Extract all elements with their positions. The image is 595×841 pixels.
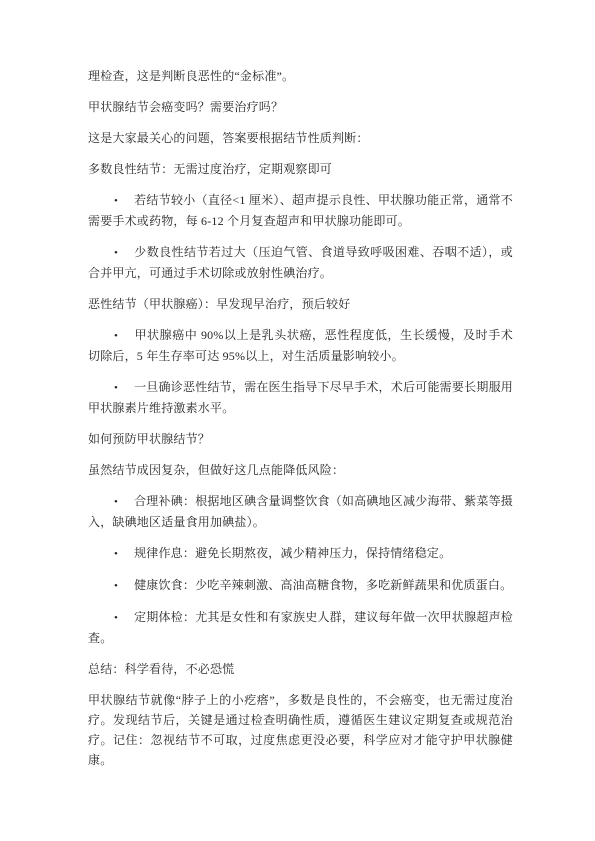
bullet-icon: • xyxy=(114,612,134,624)
paragraph-answer-depends: 这是大家最关心的问题，答案要根据结节性质判断： xyxy=(88,128,513,148)
bullet-icon: • xyxy=(114,382,134,394)
bullet-icon: • xyxy=(114,496,134,508)
heading-malignant-nodules: 恶性结节（甲状腺癌）：早发现早治疗，预后较好 xyxy=(88,294,513,314)
paragraph-risk-reduction-intro: 虽然结节成因复杂，但做好这几点能降低风险： xyxy=(88,460,513,480)
document-page: 理检查，这是判断良恶性的“金标准”。 甲状腺结节会癌变吗？需要治疗吗？ 这是大家… xyxy=(0,0,595,841)
bullet-small-nodule-followup: •若结节较小（直径<1 厘米）、超声提示良性、甲状腺功能正常，通常不需要手术或药… xyxy=(88,190,513,231)
bullet-regular-checkup: •定期体检：尤其是女性和有家族史人群，建议每年做一次甲状腺超声检查。 xyxy=(88,607,513,648)
bullet-large-nodule-treatment: •少数良性结节若过大（压迫气管、食道导致呼吸困难、吞咽不适），或合并甲亢，可通过… xyxy=(88,242,513,283)
heading-prevention: 如何预防甲状腺结节？ xyxy=(88,429,513,449)
bullet-text: 少数良性结节若过大（压迫气管、食道导致呼吸困难、吞咽不适），或合并甲亢，可通过手… xyxy=(88,245,513,280)
bullet-text: 合理补碘：根据地区碘含量调整饮食（如高碘地区减少海带、紫菜等摄入，缺碘地区适量食… xyxy=(88,494,513,529)
bullet-icon: • xyxy=(114,247,134,259)
bullet-icon: • xyxy=(114,330,134,342)
heading-cancer-question: 甲状腺结节会癌变吗？需要治疗吗？ xyxy=(88,97,513,117)
bullet-text: 一旦确诊恶性结节，需在医生指导下尽早手术，术后可能需要长期服用甲状腺素片维持激素… xyxy=(88,380,513,415)
bullet-icon: • xyxy=(114,580,134,592)
heading-benign-nodules: 多数良性结节：无需过度治疗，定期观察即可 xyxy=(88,159,513,179)
bullet-text: 规律作息：避免长期熬夜，减少精神压力，保持情绪稳定。 xyxy=(134,546,451,560)
bullet-papillary-carcinoma: •甲状腺癌中 90%以上是乳头状癌，恶性程度低，生长缓慢，及时手术切除后，5 年… xyxy=(88,325,513,366)
paragraph-pathology-continuation: 理检查，这是判断良恶性的“金标准”。 xyxy=(88,66,513,86)
bullet-healthy-diet: •健康饮食：少吃辛辣刺激、高油高糖食物，多吃新鲜蔬果和优质蛋白。 xyxy=(88,575,513,596)
bullet-icon: • xyxy=(114,548,134,560)
paragraph-summary-body: 甲状腺结节就像“脖子上的小疙瘩”，多数是良性的，不会癌变，也无需过度治疗。发现结… xyxy=(88,690,513,770)
bullet-icon: • xyxy=(114,195,134,207)
bullet-text: 定期体检：尤其是女性和有家族史人群，建议每年做一次甲状腺超声检查。 xyxy=(88,610,513,645)
heading-summary: 总结：科学看待，不必恐慌 xyxy=(88,659,513,679)
bullet-text: 甲状腺癌中 90%以上是乳头状癌，恶性程度低，生长缓慢，及时手术切除后，5 年生… xyxy=(88,328,513,363)
bullet-text: 健康饮食：少吃辛辣刺激、高油高糖食物，多吃新鲜蔬果和优质蛋白。 xyxy=(134,578,512,592)
bullet-early-surgery: •一旦确诊恶性结节，需在医生指导下尽早手术，术后可能需要长期服用甲状腺素片维持激… xyxy=(88,377,513,418)
bullet-iodine-intake: •合理补碘：根据地区碘含量调整饮食（如高碘地区减少海带、紫菜等摄入，缺碘地区适量… xyxy=(88,491,513,532)
bullet-text: 若结节较小（直径<1 厘米）、超声提示良性、甲状腺功能正常，通常不需要手术或药物… xyxy=(88,193,513,228)
bullet-regular-schedule: •规律作息：避免长期熬夜，减少精神压力，保持情绪稳定。 xyxy=(88,543,513,564)
